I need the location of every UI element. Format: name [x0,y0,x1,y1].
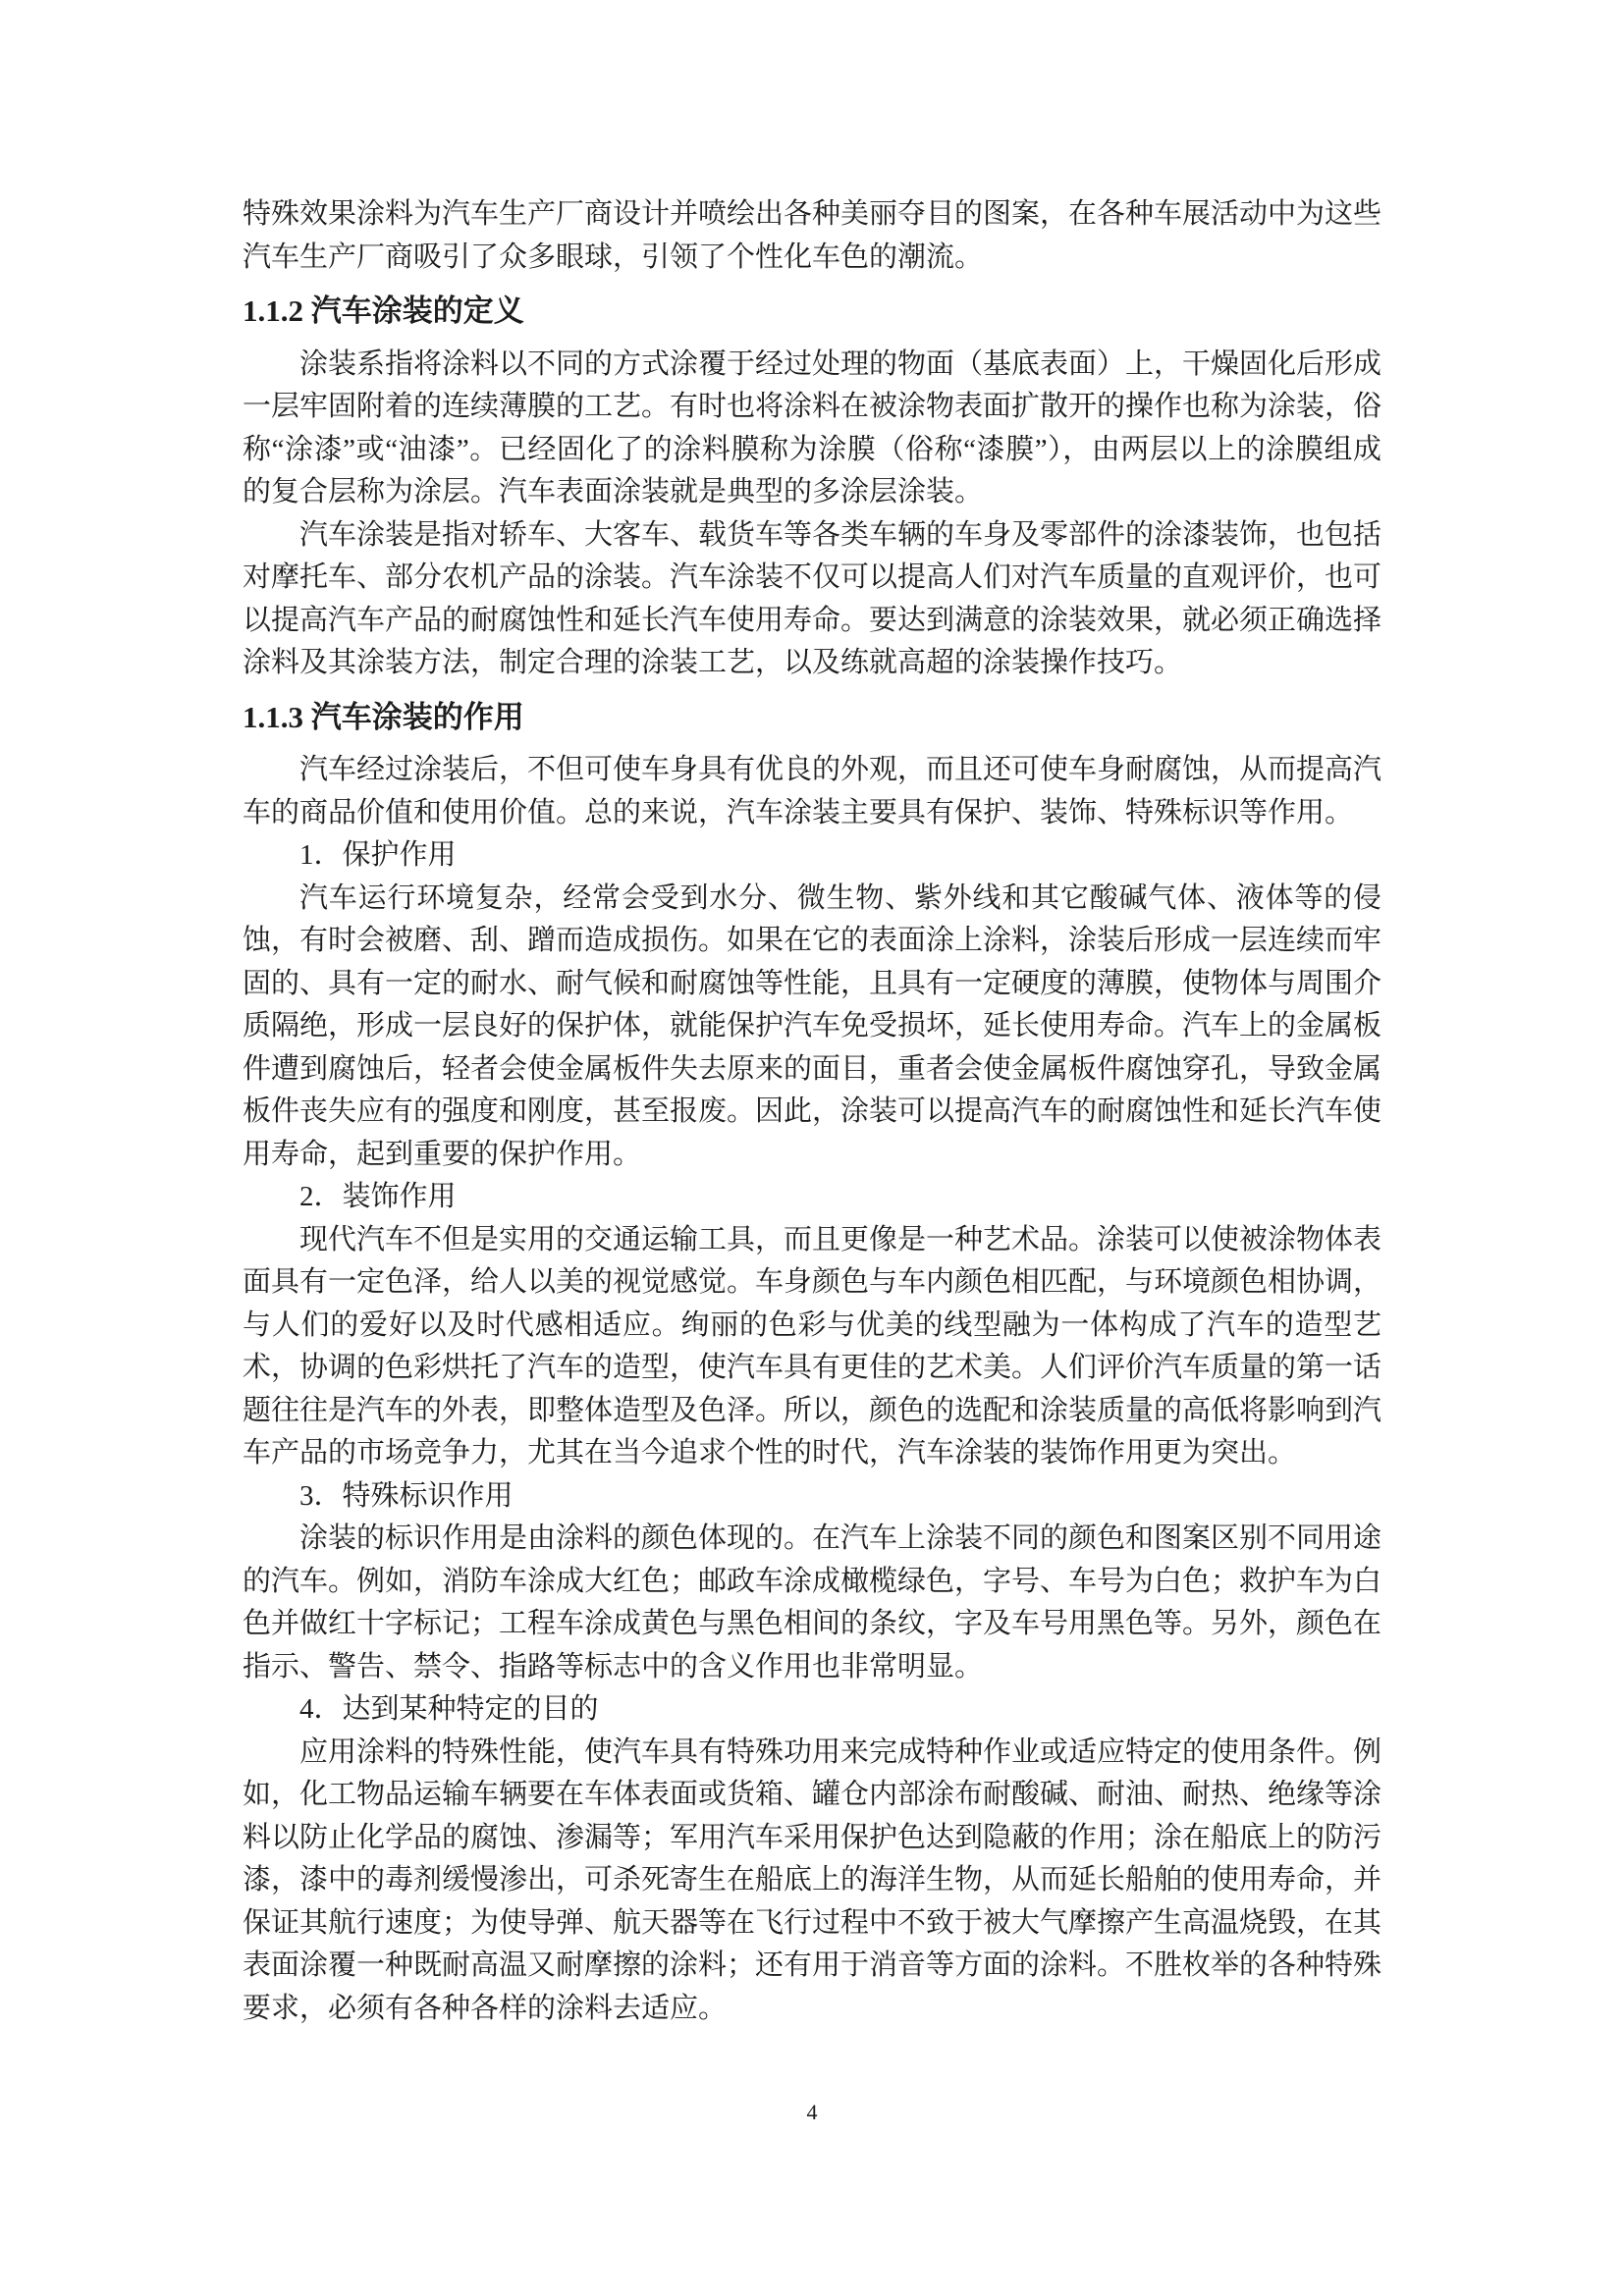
subitem-2-decoration: 2．装饰作用 [243,1176,1381,1219]
document-page: 特殊效果涂料为汽车生产厂商设计并喷绘出各种美丽夺目的图案，在各种车展活动中为这些… [0,0,1624,2296]
paragraph-decoration-function: 现代汽车不但是实用的交通运输工具，而且更像是一种艺术品。涂装可以使被涂物体表面具… [243,1219,1381,1475]
section-heading-1-1-2: 1.1.2 汽车涂装的定义 [243,290,1381,333]
paragraph-coating-definition: 涂装系指将涂料以不同的方式涂覆于经过处理的物面（基底表面）上，干燥固化后形成一层… [243,344,1381,514]
paragraph-continuation: 特殊效果涂料为汽车生产厂商设计并喷绘出各种美丽夺目的图案，在各种车展活动中为这些… [243,193,1381,279]
subitem-1-protection: 1．保护作用 [243,834,1381,878]
section-heading-1-1-3: 1.1.3 汽车涂装的作用 [243,696,1381,739]
paragraph-coating-functions-intro: 汽车经过涂装后，不但可使车身具有优良的外观，而且还可使车身耐腐蚀，从而提高汽车的… [243,749,1381,834]
subitem-4-special-purpose: 4．达到某种特定的目的 [243,1688,1381,1732]
paragraph-protection-function: 汽车运行环境复杂，经常会受到水分、微生物、紫外线和其它酸碱气体、液体等的侵蚀，有… [243,878,1381,1177]
text-block: 特殊效果涂料为汽车生产厂商设计并喷绘出各种美丽夺目的图案，在各种车展活动中为这些… [243,193,1381,2030]
paragraph-auto-coating-scope: 汽车涂装是指对轿车、大客车、载货车等各类车辆的车身及零部件的涂漆装饰，也包括对摩… [243,514,1381,685]
page-number: 4 [243,2099,1381,2126]
subitem-3-identification: 3．特殊标识作用 [243,1475,1381,1519]
paragraph-identification-function: 涂装的标识作用是由涂料的颜色体现的。在汽车上涂装不同的颜色和图案区别不同用途的汽… [243,1518,1381,1688]
paragraph-special-purpose-function: 应用涂料的特殊性能，使汽车具有特殊功用来完成特种作业或适应特定的使用条件。例如，… [243,1732,1381,2031]
